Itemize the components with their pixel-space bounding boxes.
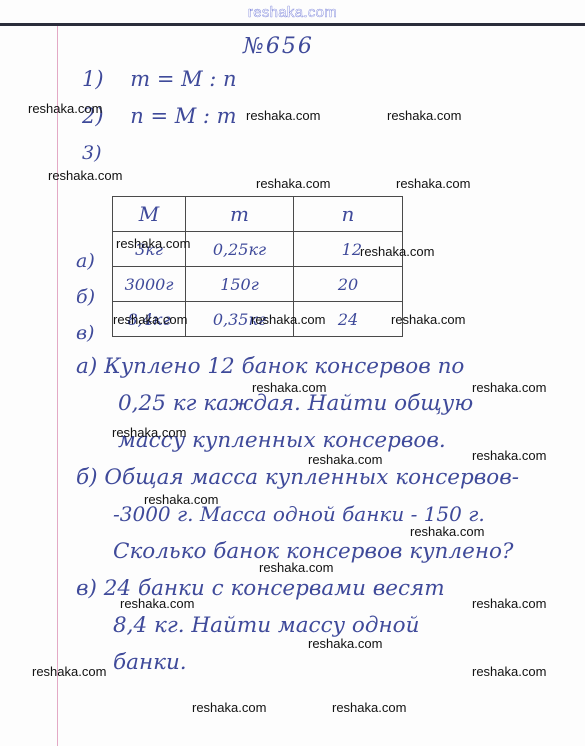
problem-number: №656	[243, 34, 314, 59]
watermark: reshaka.com	[308, 636, 382, 651]
row-label-b: б)	[76, 286, 95, 308]
formula-text: m = M : n	[130, 67, 236, 91]
watermark: reshaka.com	[32, 664, 106, 679]
formula-label: 1)	[82, 67, 104, 91]
watermark: reshaka.com	[259, 560, 333, 575]
watermark: reshaka.com	[113, 312, 187, 327]
cell-n: 20	[294, 267, 403, 302]
formula-3: 3)	[82, 142, 102, 164]
watermark: reshaka.com	[252, 380, 326, 395]
watermark: reshaka.com	[120, 596, 194, 611]
watermark: reshaka.com	[308, 452, 382, 467]
watermark: reshaka.com	[112, 425, 186, 440]
watermark: reshaka.com	[360, 244, 434, 259]
cell-m: 0,25кг	[186, 232, 294, 267]
header-rule	[0, 23, 585, 26]
watermark: reshaka.com	[192, 700, 266, 715]
watermark: reshaka.com	[246, 108, 320, 123]
watermark: reshaka.com	[144, 492, 218, 507]
notebook-margin-line	[57, 26, 58, 746]
watermark: reshaka.com	[256, 176, 330, 191]
cell-M: 3000г	[113, 267, 186, 302]
watermark: reshaka.com	[410, 524, 484, 539]
answer-b: б) Общая масса купленных консервов-	[76, 459, 519, 496]
header-m: m	[186, 197, 294, 232]
watermark: reshaka.com	[116, 236, 190, 251]
formula-label: 3)	[82, 142, 102, 164]
watermark: reshaka.com	[472, 596, 546, 611]
watermark: reshaka.com	[48, 168, 122, 183]
answer-label: б)	[76, 465, 98, 490]
watermark: reshaka.com	[332, 700, 406, 715]
watermark: reshaka.com	[251, 312, 325, 327]
watermark: reshaka.com	[472, 448, 546, 463]
watermark: reshaka.com	[28, 101, 102, 116]
row-label-a: а)	[76, 250, 95, 272]
table-header-row: M m n	[113, 197, 403, 232]
answer-line: Куплено 12 банок консервов по	[104, 354, 464, 379]
row-label-v: в)	[76, 322, 94, 344]
site-header: reshaka.com	[0, 0, 585, 22]
header-n: n	[294, 197, 403, 232]
watermark: reshaka.com	[391, 312, 465, 327]
watermark: reshaka.com	[472, 380, 546, 395]
answer-line: Общая масса купленных консервов-	[104, 465, 519, 490]
site-header-logo[interactable]: reshaka.com	[248, 4, 337, 21]
answer-label: а)	[76, 354, 97, 379]
cell-m: 150г	[186, 267, 294, 302]
answer-label: в)	[76, 576, 97, 601]
answer-line: банки.	[113, 644, 187, 681]
table-row: 3000г 150г 20	[113, 267, 403, 302]
watermark: reshaka.com	[387, 108, 461, 123]
formula-1: 1) m = M : n	[82, 67, 237, 91]
watermark: reshaka.com	[472, 664, 546, 679]
formula-2: 2) n = M : m	[82, 104, 237, 128]
watermark: reshaka.com	[396, 176, 470, 191]
header-M: M	[113, 197, 186, 232]
formula-text: n = M : m	[130, 104, 236, 128]
